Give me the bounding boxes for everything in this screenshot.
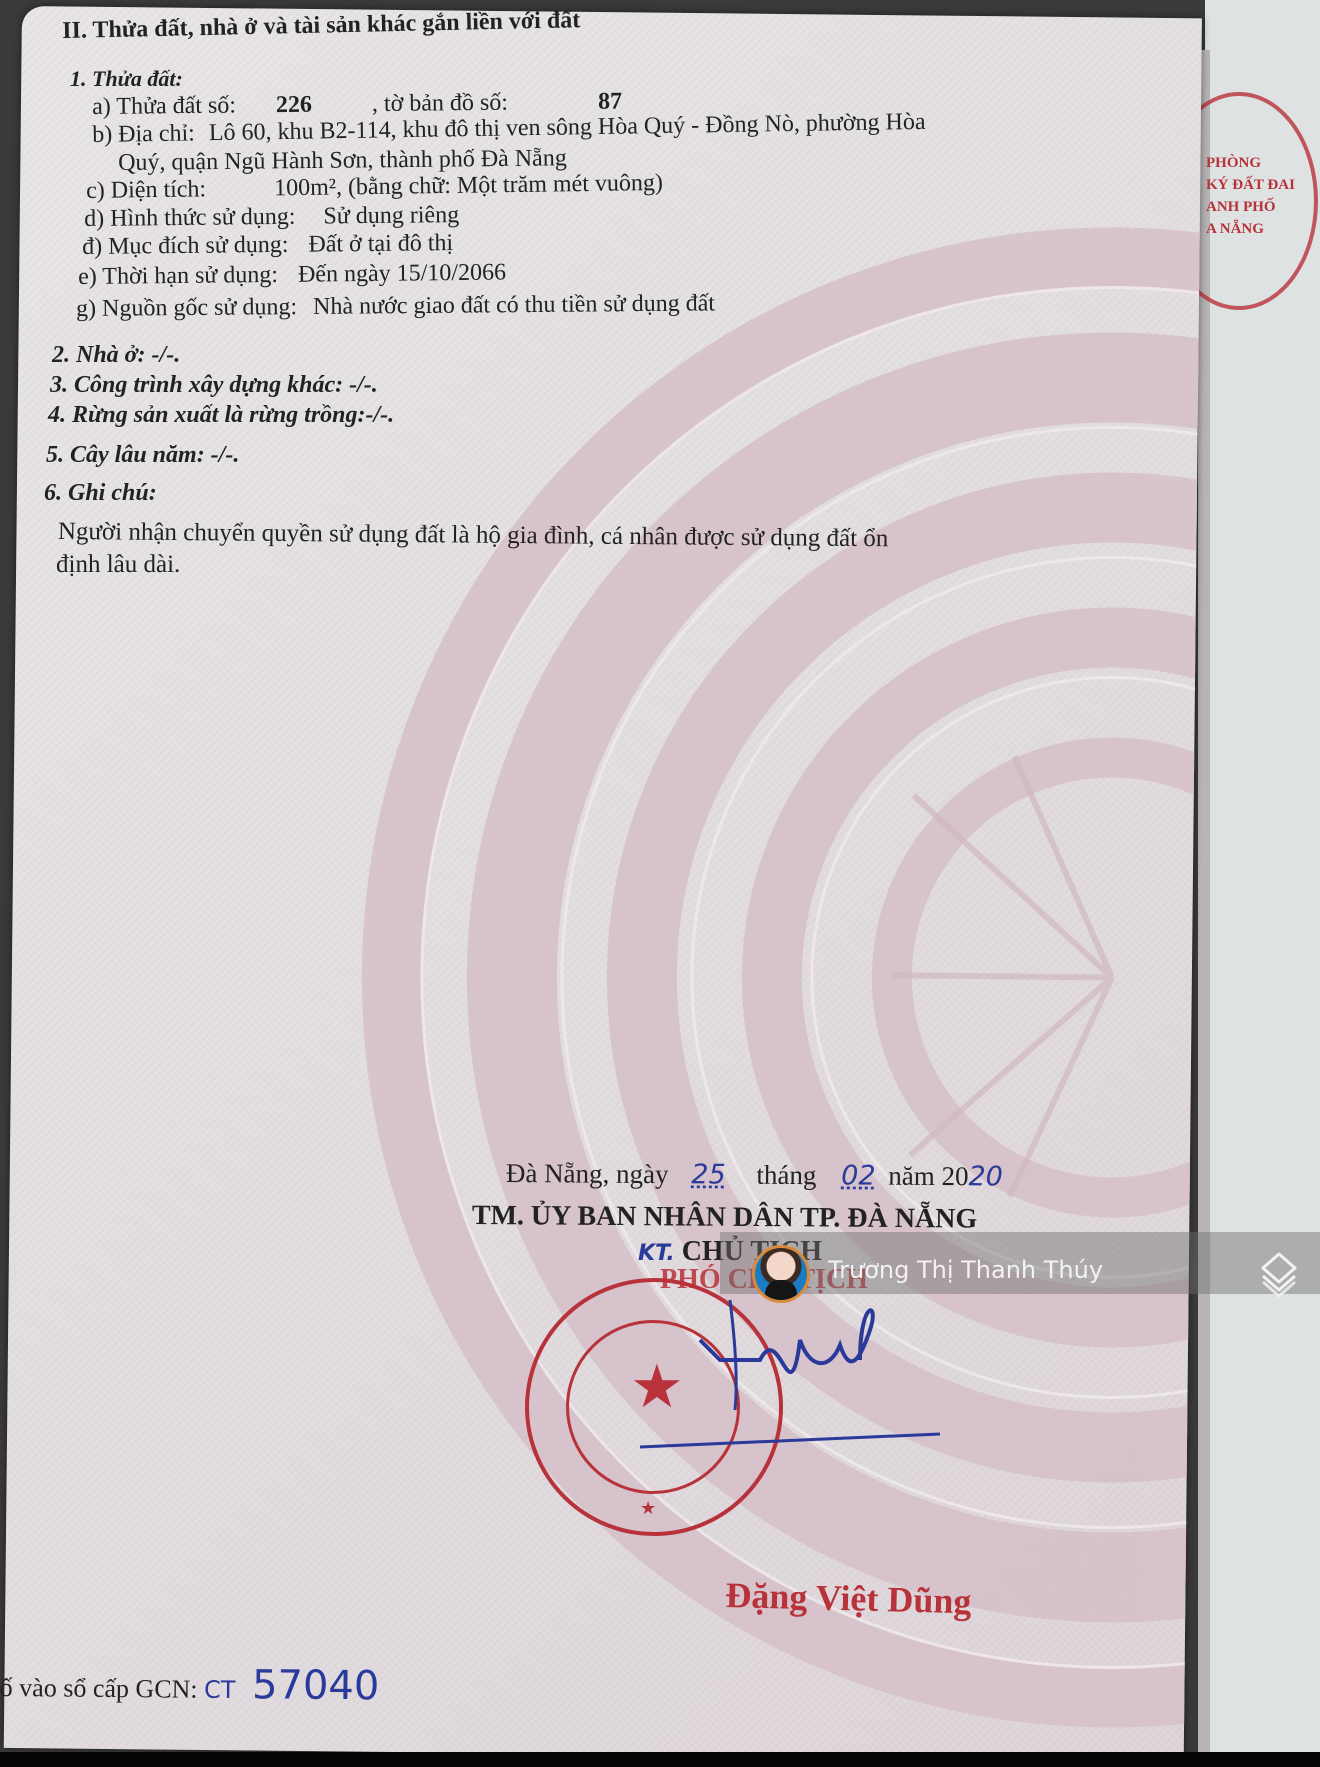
registry-number: 57040 xyxy=(252,1662,380,1709)
user-avatar-icon[interactable] xyxy=(752,1245,810,1303)
registry-label: ố vào sổ cấp GCN: xyxy=(0,1673,198,1704)
bottom-border xyxy=(0,1752,1320,1767)
signer-name: Đặng Việt Dũng xyxy=(725,1574,972,1622)
handwritten-signature xyxy=(0,0,1320,1767)
registry-prefix: CT xyxy=(204,1676,236,1704)
stacked-layers-logo-icon[interactable] xyxy=(1255,1250,1303,1298)
poster-name[interactable]: Trương Thị Thanh Thúy xyxy=(828,1256,1103,1284)
registry-line: ố vào sổ cấp GCN: CT 57040 xyxy=(0,1660,380,1709)
